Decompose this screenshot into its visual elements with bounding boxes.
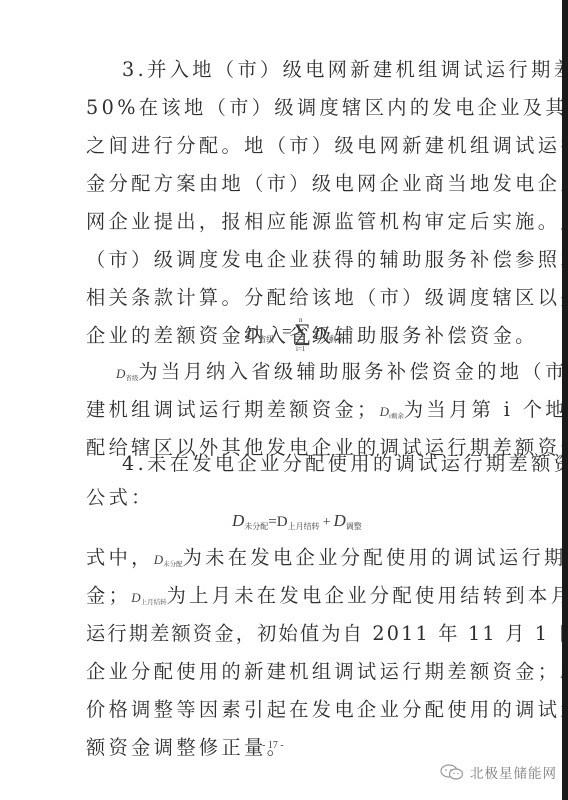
text-line: 金；D上月结转为上月未在发电企业分配使用结转到本月的调试: [86, 584, 568, 615]
text-line: 额资金调整修正量。: [86, 736, 289, 760]
formula-plus: +: [323, 515, 331, 530]
formula-lhs: D未分配: [232, 511, 268, 530]
text-line: 运行期差额资金，初始值为自 2011 年 11 月 1 日起未在发电: [86, 622, 568, 646]
text-line: 4.未在发电企业分配使用的调试运行期差额资金计算: [122, 452, 568, 476]
symbol-d-unallocated: D未分配: [154, 552, 183, 567]
formula-provincial-sum: D省级 = n ∑ i=1 Di剩余: [246, 318, 366, 354]
text-line: 价格调整等因素引起在发电企业分配使用的调试运行期差: [86, 698, 568, 722]
wechat-icon: [440, 764, 464, 780]
watermark: 北极星储能网: [440, 762, 557, 782]
watermark-text: 北极星储能网: [470, 762, 557, 782]
text-line: 企业分配使用的新建机组调试运行期差额资金；D调整为由于: [86, 660, 568, 691]
sigma-symbol: ∑: [294, 321, 311, 345]
formula-rhs: Di剩余: [314, 324, 345, 345]
text-line: D省级为当月纳入省级辅助服务补偿资金的地（市）级新: [116, 360, 568, 391]
formula-term1: D上月结转: [277, 514, 320, 530]
document-page: 3.并入地（市）级电网新建机组调试运行期差额资金的 50%在该地（市）级调度辖区…: [0, 0, 562, 800]
text-line: 金分配方案由地（市）级电网企业商当地发电企业和省级电: [86, 172, 568, 196]
text-line: 建机组调试运行期差额资金；Di剩余为当月第 i 个地级电网分: [86, 398, 568, 429]
formula-lhs: D省级: [246, 324, 274, 345]
text-line: 网企业提出，报相应能源监管机构审定后实施。原则上，地: [86, 210, 568, 234]
symbol-d-remaining: Di剩余: [380, 404, 404, 419]
text-line: 公式：: [86, 486, 154, 510]
formula-unallocated: D未分配=D上月结转+D调整: [232, 511, 362, 535]
sum-lower-limit: i=1: [296, 345, 305, 353]
formula-equals: =: [268, 514, 276, 530]
text-line: 式中，D未分配为未在发电企业分配使用的调试运行期差额资: [86, 546, 568, 577]
text-line: 之间进行分配。地（市）级电网新建机组调试运行期差额资: [86, 134, 568, 158]
text-line: 相关条款计算。分配给该地（市）级调度辖区以外其他发电: [86, 286, 568, 310]
page-edge-border: [562, 0, 568, 800]
text-line: （市）级调度发电企业获得的辅助服务补偿参照本实施细则: [86, 248, 568, 272]
symbol-d-provincial: D省级: [116, 366, 138, 381]
page-number: - 17 -: [262, 740, 284, 751]
formula-term2: D调整: [334, 511, 362, 530]
symbol-d-carryover: D上月结转: [131, 590, 166, 605]
formula-equals: =: [282, 322, 292, 342]
text-line: 3.并入地（市）级电网新建机组调试运行期差额资金的: [122, 58, 568, 82]
text-line: 50%在该地（市）级调度辖区内的发电企业及其他发电企业: [86, 96, 568, 120]
